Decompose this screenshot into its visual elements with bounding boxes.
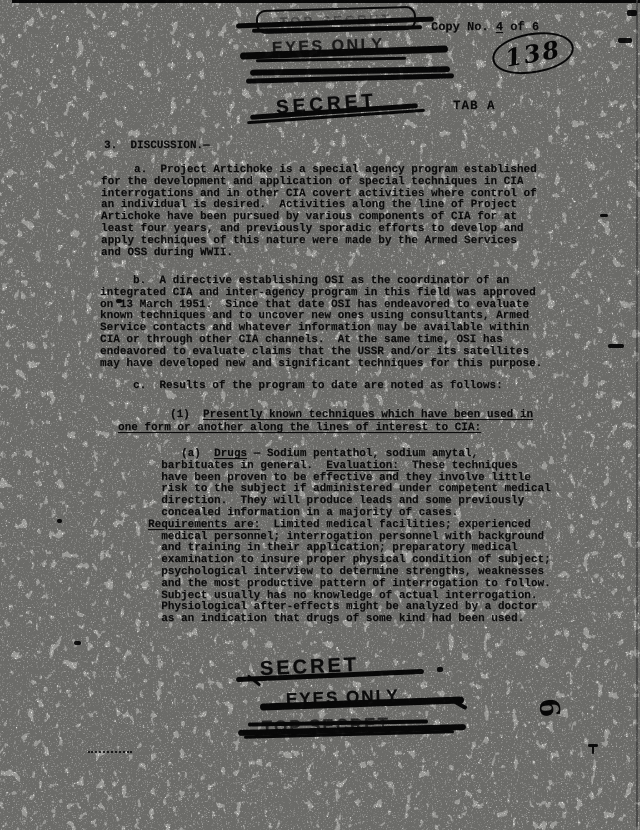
drugs-requirements-label: Requirements are: [148,519,260,531]
scan-speck [116,299,122,303]
drugs-term: Drugs [214,448,247,460]
scan-speck [627,10,637,16]
copy-number-line: Copy No. 4 of 6 [431,22,539,34]
paragraph-drugs: (a) Drugs — Sodium pentathol, sodium amy… [148,449,551,626]
page-number-circle: 138 [489,26,577,80]
section-heading: 3. DISCUSSION.— [104,141,210,153]
finding-1-number: (1) [170,409,203,421]
scan-speck [608,344,624,348]
scan-edge-line-top [12,0,640,3]
document-page: TOP SECRET EYES ONLY Copy No. 4 of 6 138… [0,0,640,830]
copy-label-prefix: Copy No. [431,20,496,34]
scan-speck [600,214,608,217]
handwritten-mark: 9 [535,697,568,718]
finding-1-heading-line1: (1) Presently known techniques which hav… [170,410,533,422]
scan-edge-line-right [636,0,638,830]
finding-1-heading-text1: Presently known techniques which have be… [203,409,533,421]
drugs-item-number: (a) [148,448,214,460]
scan-speck [437,667,443,672]
drugs-evaluation-label: Evaluation: [326,460,399,472]
scan-speck [592,746,594,754]
drugs-segment-3: Limited medical facilities; experienced … [148,519,551,625]
scan-dotted-mark [88,751,132,753]
scan-speck [618,38,632,43]
copy-number: 4 [496,20,503,34]
page-number: 138 [503,34,563,72]
paragraph-b: b. A directive establishing OSI as the c… [100,276,542,370]
finding-1-heading-line2: one form or another along the lines of i… [118,423,481,435]
finding-1-heading-text2: one form or another along the lines of i… [118,422,481,434]
tab-label: TAB A [453,101,496,113]
scan-speck [57,519,62,523]
scan-speck [74,641,81,645]
paragraph-a: a. Project Artichoke is a special agency… [101,165,537,259]
paragraph-c: c. Results of the program to date are no… [100,381,503,393]
